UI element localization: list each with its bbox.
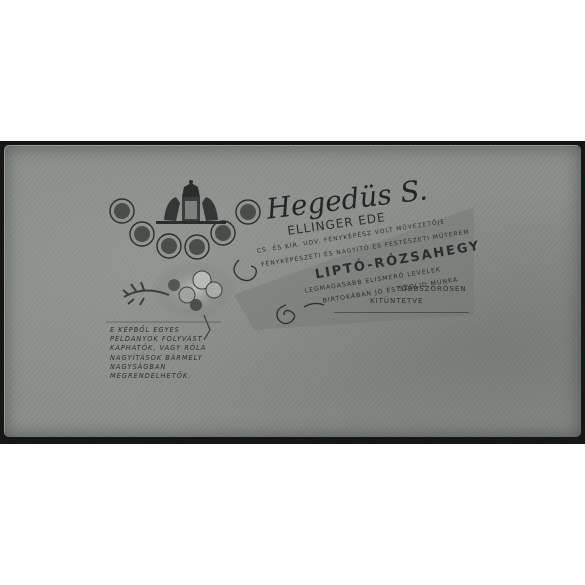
notice-line: nagyítások bármely xyxy=(110,354,206,363)
award-line-2: kitüntetve xyxy=(370,297,423,305)
photo-card-back: Hegedüs S. Ellinger Ede Cs. és kir. udv.… xyxy=(4,145,581,437)
award-line-1: Többszörösen xyxy=(396,285,467,293)
notice-line: kaphatók, vagy róla xyxy=(110,344,206,353)
notice-line: E képből egyes xyxy=(110,326,206,335)
imprint-rule xyxy=(334,312,469,313)
notice-line: megrendelhetők. xyxy=(110,372,206,381)
coat-of-arms-icon xyxy=(156,180,226,224)
reorder-notice: E képből egyes példányok folyvást kaphat… xyxy=(110,326,206,381)
notice-line: nagyságban xyxy=(110,363,206,372)
